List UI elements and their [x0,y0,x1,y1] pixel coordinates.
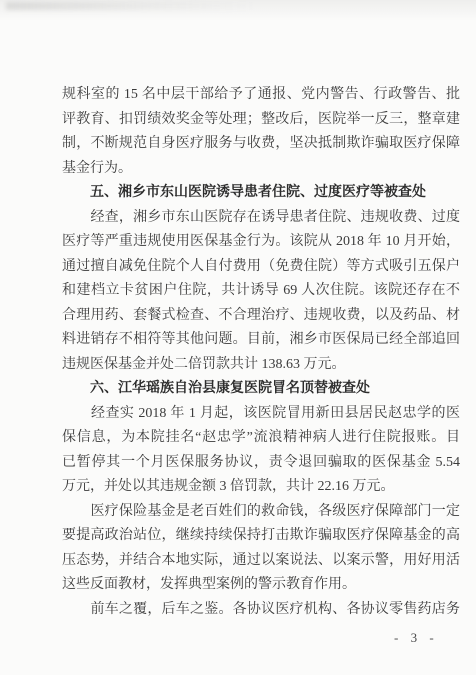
text-line: 万元，并处以其违规金额 3 倍罚款，共计 22.16 万元。 [62,475,460,500]
document-page: 规科室的 15 名中层干部给予了通报、党内警告、行政警告、批评教育、扣罚绩效奖金… [0,0,476,675]
text-line: 通过擅自减免住院个人自付费用（免费住院）等方式吸引五保户 [62,255,460,280]
text-line: 医疗保险基金是老百姓们的救命钱，各级医疗保障部门一定 [62,500,460,525]
text-line: 规科室的 15 名中层干部给予了通报、党内警告、行政警告、批 [62,83,460,108]
text-line: 已暂停其一个月医保服务协议，责令退回骗取的医保基金 5.54 [62,451,460,476]
text-line: 基金行为。 [62,157,460,182]
text-line: 评教育、扣罚绩效奖金等处理；整改后，医院举一反三，整章建 [62,108,460,133]
text-line: 医疗等严重违规使用医保基金行为。该院从 2018 年 10 月开始， [62,230,460,255]
text-line: 经查实 2018 年 1 月起，该医院冒用新田县居民赵忠学的医 [62,402,460,427]
text-line: 和建档立卡贫困户住院，共计诱导 69 人次住院。该院还存在不 [62,279,460,304]
text-line: 料进销存不相符等其他问题。目前，湘乡市医保局已经全部追回 [62,328,460,353]
text-line: 保信息，为本院挂名“赵忠学”流浪精神病人进行住院报账。目前， [62,426,460,451]
text-line: 前车之覆，后车之鉴。各协议医疗机构、各协议零售药店务 [62,598,460,623]
page-number: - 3 - [394,630,436,646]
document-body: 规科室的 15 名中层干部给予了通报、党内警告、行政警告、批评教育、扣罚绩效奖金… [62,83,460,622]
section-heading: 六、江华瑶族自治县康复医院冒名顶替被查处 [62,377,460,402]
text-line: 违规医保基金并处二倍罚款共计 138.63 万元。 [62,353,460,378]
scan-edge-artifact [0,0,476,26]
text-line: 合理用药、套餐式检查、不合理治疗、违规收费，以及药品、材 [62,304,460,329]
text-line: 要提高政治站位，继续持续保持打击欺诈骗取医疗保障基金的高 [62,524,460,549]
text-line: 压态势，并结合本地实际，通过以案说法、以案示警，用好用活 [62,549,460,574]
text-line: 经查，湘乡市东山医院存在诱导患者住院、违规收费、过度 [62,206,460,231]
text-line: 这些反面教材，发挥典型案例的警示教育作用。 [62,573,460,598]
text-line: 制，不断规范自身医疗服务与收费，坚决抵制欺诈骗取医疗保障 [62,132,460,157]
section-heading: 五、湘乡市东山医院诱导患者住院、过度医疗等被查处 [62,181,460,206]
